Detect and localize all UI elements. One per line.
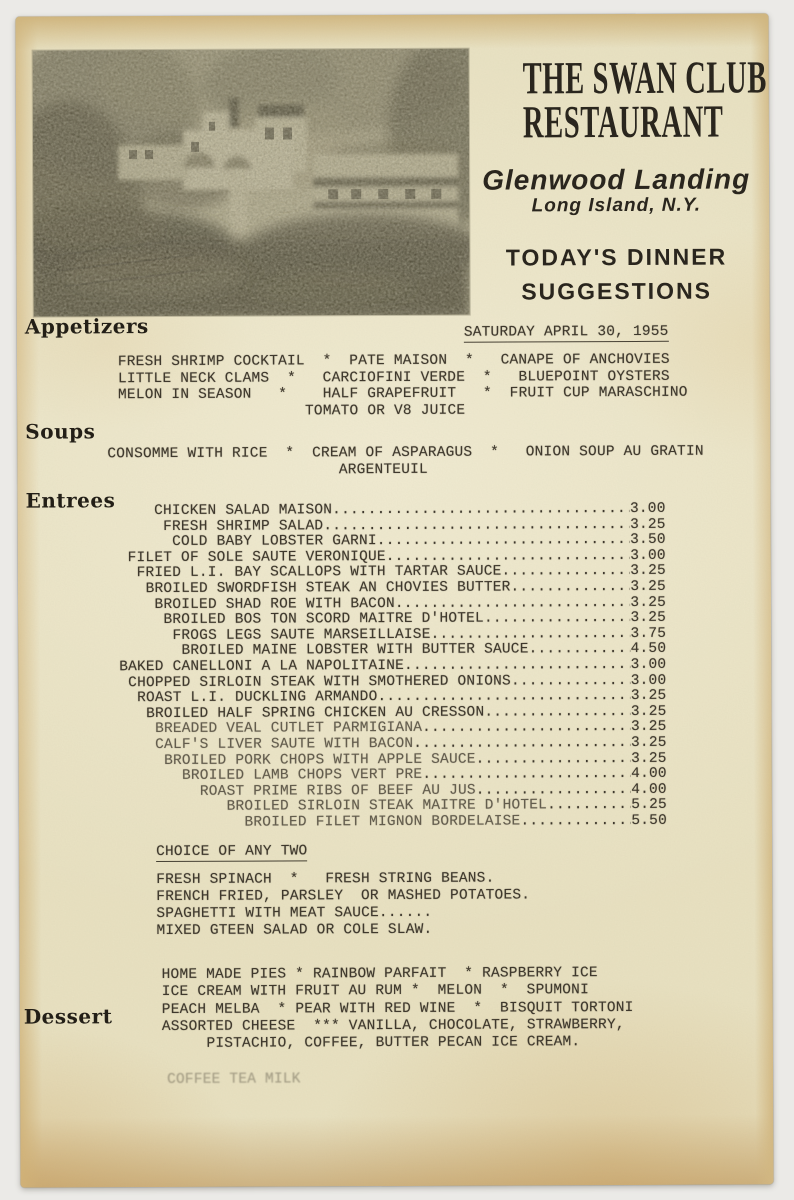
- entree-price: 3.25: [630, 564, 666, 580]
- menu-date: SATURDAY APRIL 30, 1955: [464, 324, 669, 343]
- menu-line: MIXED GTEEN SALAD OR COLE SLAW.: [156, 921, 530, 940]
- entree-price: 3.25: [630, 595, 666, 611]
- entree-price: 3.00: [631, 658, 667, 674]
- dot-leader: ........................................…: [413, 736, 631, 753]
- menu-line: FRESH SHRIMP COCKTAIL * PATE MAISON * CA…: [109, 352, 688, 371]
- menu-date-text: SATURDAY APRIL 30, 1955: [464, 324, 669, 343]
- location-line2: Long Island, N.Y.: [466, 193, 766, 218]
- section-heading-choice-of-any-two: CHOICE OF ANY TWO: [156, 843, 307, 862]
- dot-leader: ........................................…: [476, 751, 631, 767]
- menu-line: ICE CREAM WITH FRUIT AU RUM * MELON * SP…: [162, 982, 634, 1001]
- entree-price: 3.25: [631, 736, 667, 752]
- entree-price: 3.25: [630, 611, 666, 627]
- restaurant-name-line1: THE SWAN CLUB: [523, 56, 709, 101]
- appetizers-lines: FRESH SHRIMP COCKTAIL * PATE MAISON * CA…: [109, 352, 688, 421]
- dot-leader: ........................................…: [510, 580, 630, 596]
- dot-leader: ........................................…: [395, 596, 631, 613]
- dot-leader: ........................................…: [476, 783, 631, 799]
- menu-line: PEACH MELBA * PEAR WITH RED WINE * BISQU…: [162, 1000, 634, 1019]
- soups-lines: CONSOMME WITH RICE * CREAM OF ASPARAGUS …: [107, 444, 704, 480]
- menu-line: TOMATO OR V8 JUICE: [109, 401, 688, 420]
- dot-leader: ........................................…: [323, 518, 630, 535]
- dot-leader: ........................................…: [484, 611, 631, 627]
- menu-line: FRESH SPINACH * FRESH STRING BEANS.: [156, 870, 530, 889]
- dessert-lines: HOME MADE PIES * RAINBOW PARFAIT * RASPB…: [162, 965, 634, 1054]
- entree-price: 3.25: [630, 517, 666, 533]
- menu-subtitle-line1: TODAY'S DINNER: [466, 239, 766, 274]
- entree-price: 4.50: [631, 642, 667, 658]
- scan-background: THE SWAN CLUB RESTAURANT Glenwood Landin…: [0, 0, 794, 1200]
- sides-lines: FRESH SPINACH * FRESH STRING BEANS.FRENC…: [156, 870, 530, 940]
- entree-price: 3.25: [630, 580, 666, 596]
- entree-price: 4.00: [631, 767, 667, 783]
- dot-leader: ........................................…: [511, 674, 631, 690]
- menu-line: CONSOMME WITH RICE * CREAM OF ASPARAGUS …: [107, 444, 703, 463]
- dot-leader: ........................................…: [547, 798, 631, 814]
- dot-leader: ........................................…: [377, 689, 630, 706]
- entree-price: 3.50: [630, 533, 666, 549]
- building-pond-photo-illustration: [33, 49, 470, 317]
- dot-leader: ........................................…: [520, 814, 631, 830]
- menu-paper: THE SWAN CLUB RESTAURANT Glenwood Landin…: [15, 13, 773, 1187]
- menu-line: MELON IN SEASON * HALF GRAPEFRUIT * FRUI…: [109, 385, 688, 404]
- section-heading-appetizers: Appetizers: [25, 314, 149, 339]
- entree-price: 3.00: [630, 502, 666, 518]
- entree-price: 5.50: [631, 814, 667, 830]
- menu-line: ARGENTEUIL: [107, 460, 703, 479]
- restaurant-photo: [33, 49, 470, 317]
- menu-line: FRENCH FRIED, PARSLEY OR MASHED POTATOES…: [156, 887, 530, 906]
- menu-line: SPAGHETTI WITH MEAT SAUCE......: [156, 904, 530, 923]
- entree-price: 3.25: [631, 689, 667, 705]
- entree-name: BROILED FILET MIGNON BORDELAISE: [111, 814, 521, 831]
- entree-name: BROILED SWORDFISH STEAK AN CHOVIES BUTTE…: [110, 580, 511, 597]
- dot-leader: ........................................…: [377, 533, 630, 550]
- dot-leader: ........................................…: [332, 502, 630, 519]
- entree-price: 5.25: [631, 798, 667, 814]
- dot-leader: ........................................…: [502, 564, 631, 580]
- sides-heading-wrap: CHOICE OF ANY TWO: [156, 843, 307, 862]
- entree-price: 3.25: [631, 720, 667, 736]
- menu-line: PISTACHIO, COFFEE, BUTTER PECAN ICE CREA…: [162, 1034, 634, 1053]
- beverage-line: COFFEE TEA MILK: [167, 1071, 301, 1088]
- masthead: THE SWAN CLUB RESTAURANT Glenwood Landin…: [466, 55, 767, 308]
- location-line1: Glenwood Landing: [466, 165, 766, 194]
- dot-leader: ........................................…: [529, 642, 631, 658]
- entree-price: 3.00: [631, 673, 667, 689]
- entree-name: CHICKEN SALAD MAISON: [110, 503, 333, 520]
- dot-leader: ........................................…: [484, 705, 631, 721]
- menu-subtitle-line2: SUGGESTIONS: [467, 273, 767, 308]
- section-heading-dessert: Dessert: [24, 1004, 113, 1028]
- restaurant-name-line2: RESTAURANT: [523, 100, 709, 145]
- dot-leader: ........................................…: [422, 720, 631, 737]
- entree-price: 3.25: [631, 751, 667, 767]
- dot-leader: ........................................…: [404, 658, 631, 675]
- entrees-list: CHICKEN SALAD MAISON ...................…: [110, 502, 667, 832]
- section-heading-soups: Soups: [25, 419, 95, 443]
- entree-row: BROILED FILET MIGNON BORDELAISE ........…: [111, 814, 667, 832]
- section-heading-entrees: Entrees: [26, 488, 116, 512]
- dot-leader: ........................................…: [422, 767, 631, 784]
- dot-leader: ........................................…: [431, 627, 631, 643]
